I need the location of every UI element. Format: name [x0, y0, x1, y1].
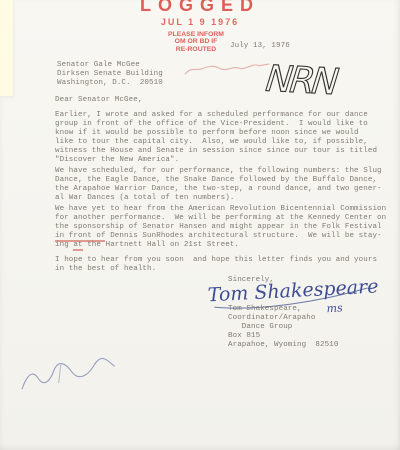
signature-name-text: Tom Shakespeare: [207, 275, 379, 306]
received-date-stamp: JUL 1 9 1976: [140, 18, 260, 27]
scanned-letter-page: LOGGED JUL 1 9 1976 PLEASE INFORM OM OR …: [0, 0, 400, 450]
red-underline-at: [73, 249, 83, 251]
signature-block: Tom Shakespeare, Coordinator/Arapaho Dan…: [228, 305, 338, 350]
red-ink-note-squiggle: [183, 57, 272, 79]
paragraph-1: Earlier, I wrote and asked for a schedul…: [55, 111, 377, 165]
paragraph-2: We have scheduled, for our performance, …: [55, 167, 382, 203]
paper-edge-strip: [0, 0, 13, 96]
bottom-left-scribble: [17, 355, 120, 397]
paragraph-3: We have yet to hear from the American Re…: [55, 205, 386, 250]
routing-initials-monogram: NRN: [261, 48, 328, 103]
logged-stamp: LOGGED: [126, 0, 274, 14]
red-underline-in-front-of: [55, 240, 105, 242]
paragraph-4: I hope to hear from you soon and hope th…: [55, 256, 377, 274]
salutation: Dear Senator McGee,: [55, 96, 142, 105]
recipient-address: Senator Gale McGee Dirksen Senate Buildi…: [57, 61, 163, 88]
routing-initials-text: NRN: [260, 57, 343, 102]
